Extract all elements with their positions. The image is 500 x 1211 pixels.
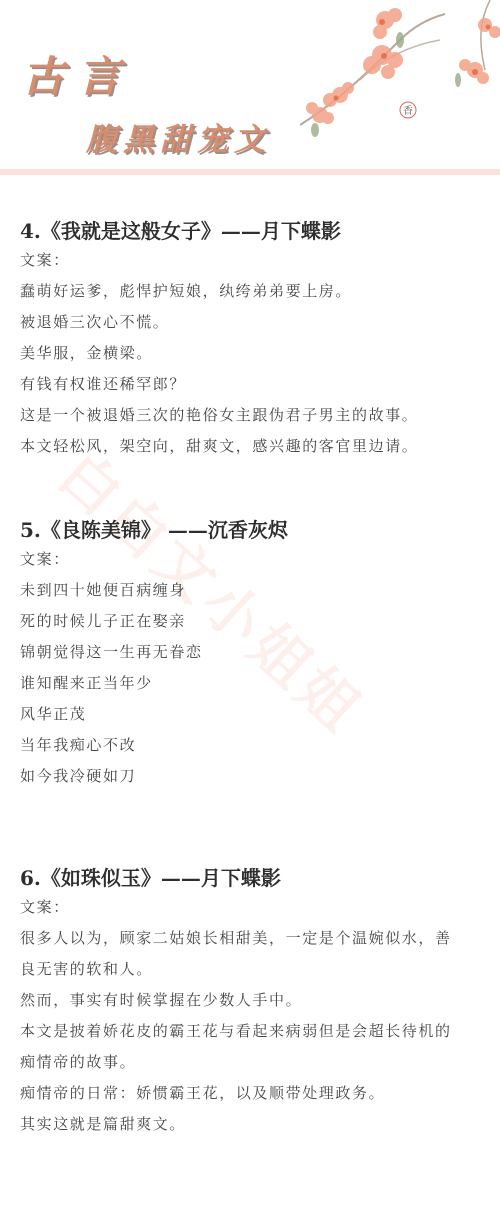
novel-entry-5: 5.《良陈美锦》 ——沉香灰烬 文案： 未到四十她便百病缠身 死的时候儿子正在娶…: [20, 516, 480, 792]
synopsis-line: 很多人以为，顾家二姑娘长相甜美，一定是个温婉似水，善: [20, 923, 480, 954]
synopsis-line: 有钱有权谁还稀罕郎？: [20, 369, 480, 400]
header-banner: 古言 腹黑甜宠文 香: [0, 0, 500, 168]
synopsis-line: 被退婚三次心不慌。: [20, 307, 480, 338]
synopsis-line: 美华服，金横梁。: [20, 338, 480, 369]
novel-title: 6.《如珠似玉》——月下蝶影: [20, 864, 480, 892]
banner-title: 古言: [22, 44, 134, 104]
synopsis-line: 死的时候儿子正在娶亲: [20, 606, 480, 637]
synopsis-line: 当年我痴心不改: [20, 730, 480, 761]
synopsis-line: 蠢萌好运爹，彪悍护短娘，纨绔弟弟要上房。: [20, 276, 480, 307]
synopsis-label: 文案：: [20, 245, 480, 276]
synopsis-line: 风华正茂: [20, 699, 480, 730]
synopsis-line: 痴情帝的故事。: [20, 1047, 480, 1078]
plum-blossom-icon: 香: [300, 0, 500, 160]
header-divider: [0, 169, 500, 175]
synopsis-line: 本文轻松风，架空向，甜爽文，感兴趣的客官里边请。: [20, 431, 480, 462]
synopsis-line: 良无害的软和人。: [20, 954, 480, 985]
synopsis-line: 锦朝觉得这一生再无眷恋: [20, 637, 480, 668]
synopsis-line: 其实这就是篇甜爽文。: [20, 1109, 480, 1140]
synopsis-line: 谁知醒来正当年少: [20, 668, 480, 699]
novel-title: 4.《我就是这般女子》——月下蝶影: [20, 217, 480, 245]
synopsis-line: 这是一个被退婚三次的艳俗女主跟伪君子男主的故事。: [20, 400, 480, 431]
synopsis-line: 未到四十她便百病缠身: [20, 575, 480, 606]
novel-entry-4: 4.《我就是这般女子》——月下蝶影 文案： 蠢萌好运爹，彪悍护短娘，纨绔弟弟要上…: [20, 217, 480, 462]
synopsis-line: 本文是披着娇花皮的霸王花与看起来病弱但是会超长待机的: [20, 1016, 480, 1047]
banner-subtitle: 腹黑甜宠文: [86, 114, 271, 159]
novel-entry-6: 6.《如珠似玉》——月下蝶影 文案： 很多人以为，顾家二姑娘长相甜美，一定是个温…: [20, 864, 480, 1140]
seal-text: 香: [403, 104, 413, 117]
synopsis-label: 文案：: [20, 892, 480, 923]
novel-title: 5.《良陈美锦》 ——沉香灰烬: [20, 516, 480, 544]
synopsis-line: 如今我冷硬如刀: [20, 761, 480, 792]
synopsis-line: 然而，事实有时候掌握在少数人手中。: [20, 985, 480, 1016]
synopsis-label: 文案：: [20, 544, 480, 575]
synopsis-line: 痴情帝的日常：娇惯霸王花，以及顺带处理政务。: [20, 1078, 480, 1109]
